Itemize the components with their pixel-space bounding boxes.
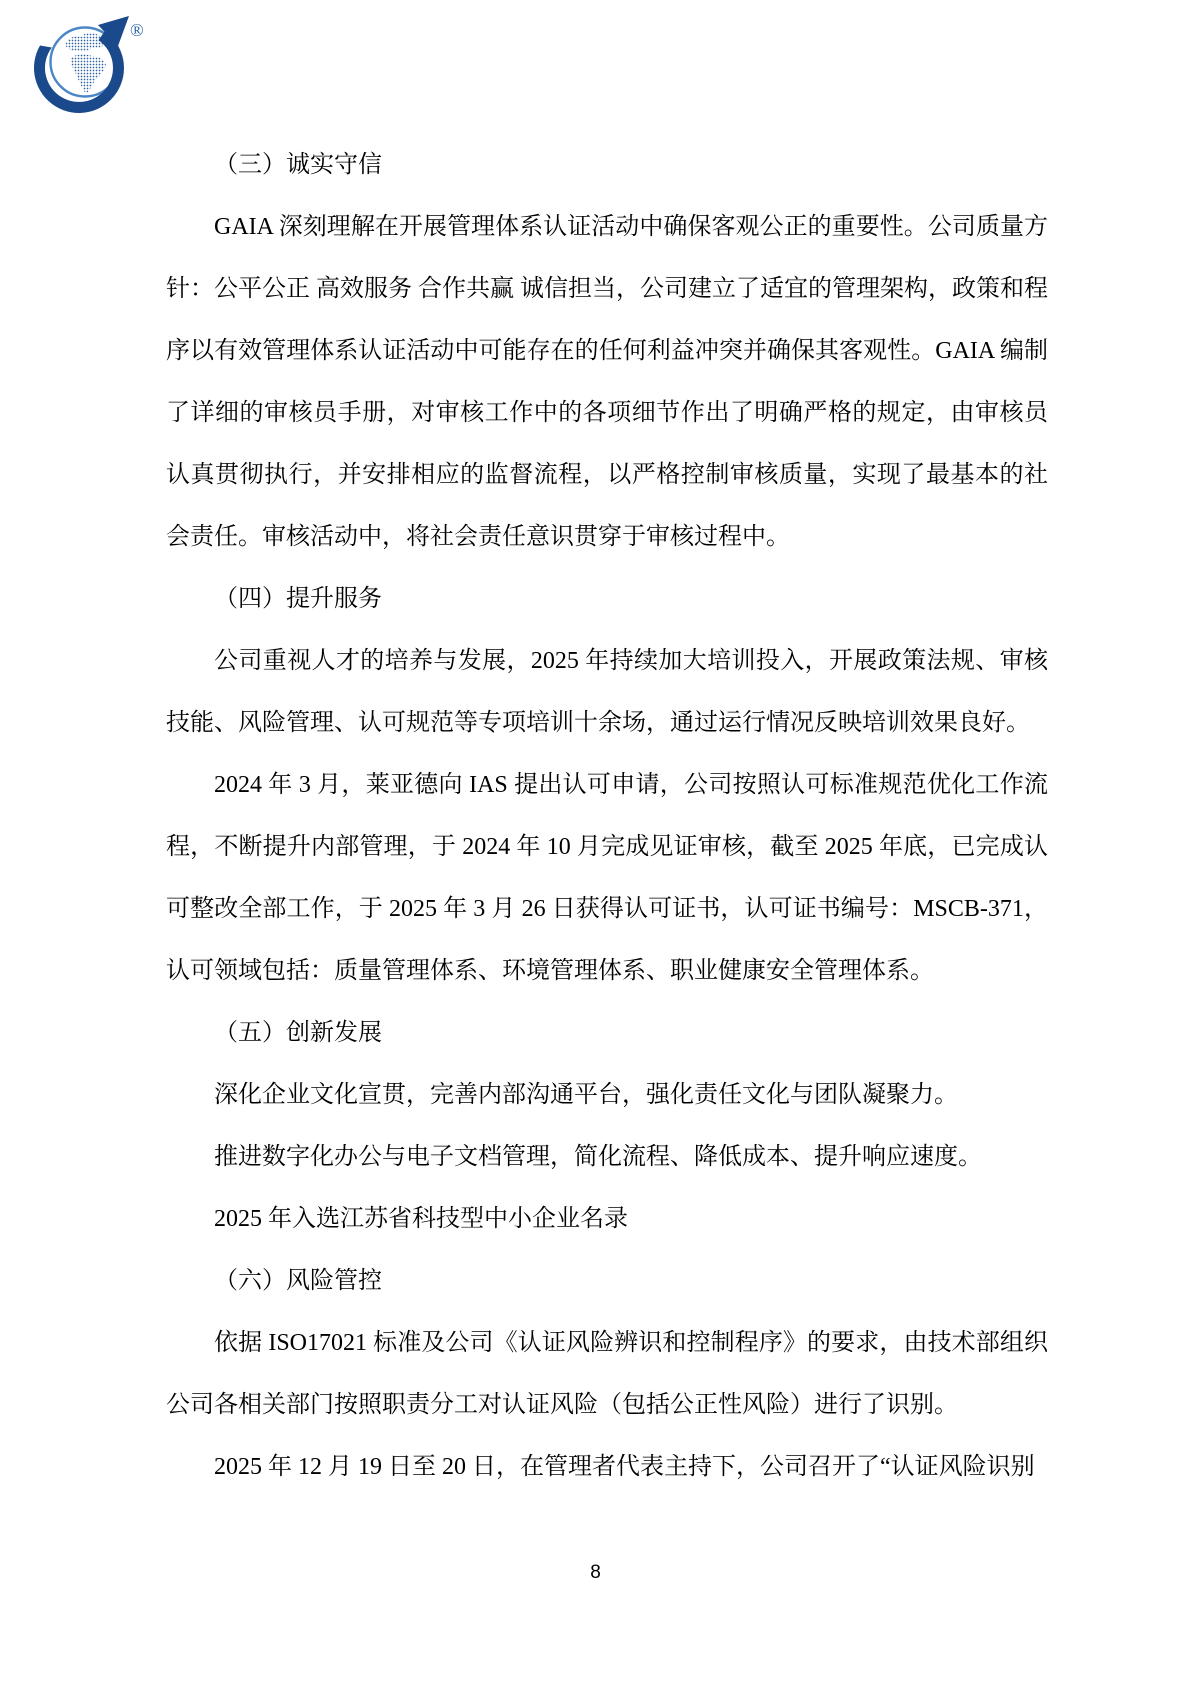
page-number: 8 <box>0 1561 1191 1585</box>
document-page: ® （三）诚实守信GAIA 深刻理解在开展管理体系认证活动中确保客观公正的重要性… <box>0 0 1191 1684</box>
globe-arrow-icon: ® <box>32 12 150 116</box>
body-paragraph: 2025 年入选江苏省科技型中小企业名录 <box>166 1188 1048 1250</box>
body-paragraph: 深化企业文化宣贯，完善内部沟通平台，强化责任文化与团队凝聚力。 <box>166 1064 1048 1126</box>
section-heading: （五）创新发展 <box>166 1002 1048 1064</box>
body-paragraph: 公司重视人才的培养与发展，2025 年持续加大培训投入，开展政策法规、审核技能、… <box>166 630 1048 754</box>
body-paragraph: 2024 年 3 月，莱亚德向 IAS 提出认可申请，公司按照认可标准规范优化工… <box>166 754 1048 1002</box>
body-paragraph: 2025 年 12 月 19 日至 20 日，在管理者代表主持下，公司召开了“认… <box>166 1436 1048 1498</box>
registered-trademark-icon: ® <box>130 20 144 40</box>
section-heading: （三）诚实守信 <box>166 134 1048 196</box>
body-paragraph: 推进数字化办公与电子文档管理，简化流程、降低成本、提升响应速度。 <box>166 1126 1048 1188</box>
company-logo: ® <box>32 12 150 116</box>
document-body: （三）诚实守信GAIA 深刻理解在开展管理体系认证活动中确保客观公正的重要性。公… <box>166 134 1048 1498</box>
section-heading: （六）风险管控 <box>166 1250 1048 1312</box>
section-heading: （四）提升服务 <box>166 568 1048 630</box>
body-paragraph: GAIA 深刻理解在开展管理体系认证活动中确保客观公正的重要性。公司质量方针：公… <box>166 196 1048 568</box>
body-paragraph: 依据 ISO17021 标准及公司《认证风险辨识和控制程序》的要求，由技术部组织… <box>166 1312 1048 1436</box>
